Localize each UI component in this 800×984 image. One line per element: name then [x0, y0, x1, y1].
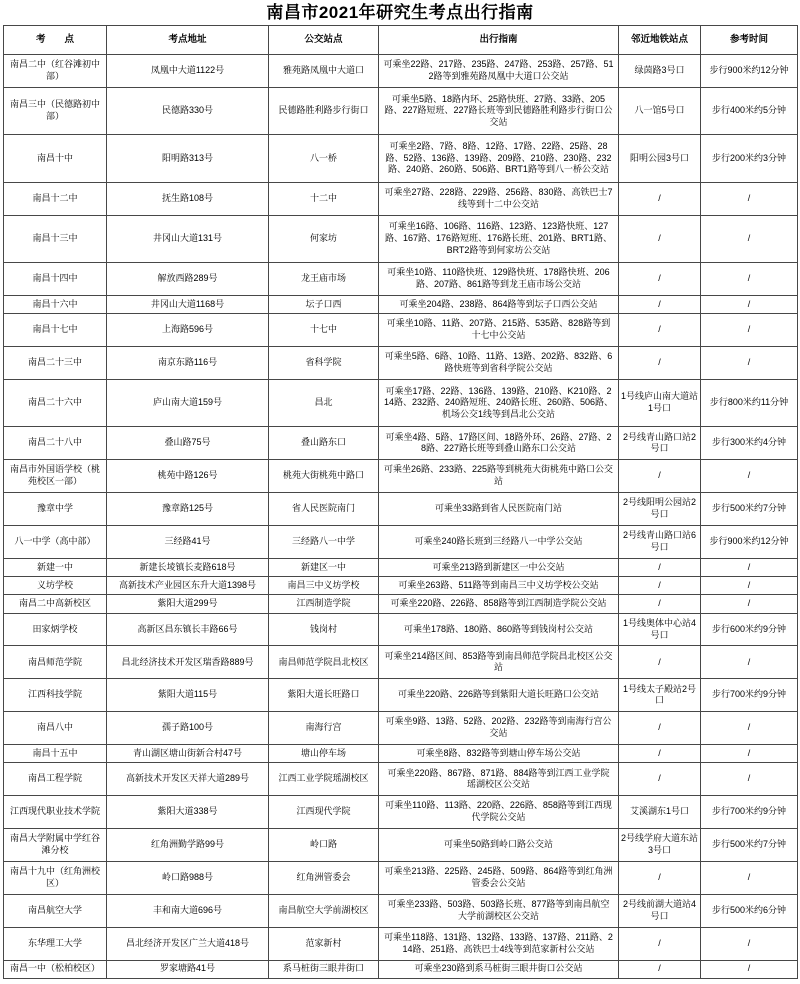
table-row: 南昌一中（松柏校区）罗家塘路41号系马桩街三眼井街口可乘坐230路到系马桩街三眼…: [4, 960, 798, 979]
guide-cell: 可乘坐230路到系马桩街三眼井街口公交站: [379, 960, 619, 979]
exam-sites-table: 考 点 考点地址 公交站点 出行指南 邻近地铁站点 参考时间 南昌二中（红谷滩初…: [3, 25, 798, 979]
metro-cell: /: [619, 460, 701, 493]
bus-stop-cell: 塘山停车场: [269, 745, 379, 763]
table-row: 南昌八中孺子路100号南海行宫可乘坐9路、13路、52路、202路、232路等到…: [4, 712, 798, 745]
address-cell: 阳明路313号: [107, 135, 269, 182]
guide-cell: 可乘坐10路、11路、207路、215路、535路、828路等到十七中公交站: [379, 314, 619, 347]
bus-stop-cell: 南昌航空大学前湖校区: [269, 894, 379, 927]
address-cell: 紫阳大道338号: [107, 796, 269, 829]
table-row: 南昌二十三中南京东路116号省科学院可乘坐5路、6路、10路、11路、13路、2…: [4, 347, 798, 380]
time-cell: 步行900米约12分钟: [701, 525, 798, 558]
address-cell: 青山湖区塘山街新合村47号: [107, 745, 269, 763]
site-cell: 南昌二中（红谷滩初中部）: [4, 55, 107, 88]
site-cell: 南昌三中（民德路初中部）: [4, 87, 107, 134]
column-header-site: 考 点: [4, 26, 107, 55]
address-cell: 三经路41号: [107, 525, 269, 558]
site-cell: 义坊学校: [4, 577, 107, 595]
metro-cell: 2号线青山路口站2号口: [619, 427, 701, 460]
table-row: 南昌工程学院高新技术开发区天祥大道289号江西工业学院瑶湖校区可乘坐220路、8…: [4, 763, 798, 796]
bus-stop-cell: 龙王庙市场: [269, 262, 379, 295]
guide-cell: 可乘坐26路、233路、225路等到桃苑大街桃苑中路口公交站: [379, 460, 619, 493]
address-cell: 昌北经济技术开发区瑞香路889号: [107, 646, 269, 679]
guide-cell: 可乘坐213路到新建区一中公交站: [379, 558, 619, 576]
guide-cell: 可乘坐110路、113路、220路、226路、858路等到江西现代学院公交站: [379, 796, 619, 829]
time-cell: 步行300米约4分钟: [701, 427, 798, 460]
guide-cell: 可乘坐5路、6路、10路、11路、13路、202路、832路、6路快班等到省科学…: [379, 347, 619, 380]
table-row: 南昌十四中解放西路289号龙王庙市场可乘坐10路、110路快班、129路快班、1…: [4, 262, 798, 295]
site-cell: 南昌十二中: [4, 182, 107, 215]
table-row: 江西科技学院紫阳大道115号紫阳大道长旺路口可乘坐220路、226路等到紫阳大道…: [4, 679, 798, 712]
metro-cell: /: [619, 347, 701, 380]
column-header-guide: 出行指南: [379, 26, 619, 55]
table-row: 南昌十中阳明路313号八一桥可乘坐2路、7路、8路、12路、17路、22路、25…: [4, 135, 798, 182]
metro-cell: 2号线阳明公园站2号口: [619, 493, 701, 526]
table-row: 南昌市外国语学校（桃苑校区一部）桃苑中路126号桃苑大街桃苑中路口可乘坐26路、…: [4, 460, 798, 493]
address-cell: 紫阳大道115号: [107, 679, 269, 712]
column-header-address: 考点地址: [107, 26, 269, 55]
bus-stop-cell: 钱岗村: [269, 613, 379, 646]
header-row: 考 点 考点地址 公交站点 出行指南 邻近地铁站点 参考时间: [4, 26, 798, 55]
metro-cell: /: [619, 960, 701, 979]
guide-cell: 可乘坐9路、13路、52路、202路、232路等到南海行宫公交站: [379, 712, 619, 745]
time-cell: /: [701, 347, 798, 380]
time-cell: /: [701, 861, 798, 894]
metro-cell: 阳明公园3号口: [619, 135, 701, 182]
site-cell: 江西现代职业技术学院: [4, 796, 107, 829]
site-cell: 东华理工大学: [4, 927, 107, 960]
metro-cell: 2号线前湖大道站4号口: [619, 894, 701, 927]
bus-stop-cell: 八一桥: [269, 135, 379, 182]
site-cell: 南昌二十三中: [4, 347, 107, 380]
guide-cell: 可乘坐118路、131路、132路、133路、137路、211路、214路、25…: [379, 927, 619, 960]
site-cell: 南昌八中: [4, 712, 107, 745]
site-cell: 南昌工程学院: [4, 763, 107, 796]
address-cell: 上海路596号: [107, 314, 269, 347]
time-cell: /: [701, 646, 798, 679]
address-cell: 桃苑中路126号: [107, 460, 269, 493]
bus-stop-cell: 省科学院: [269, 347, 379, 380]
address-cell: 罗家塘路41号: [107, 960, 269, 979]
time-cell: 步行500米约6分钟: [701, 894, 798, 927]
metro-cell: 1号线庐山南大道站1号口: [619, 379, 701, 426]
metro-cell: /: [619, 861, 701, 894]
guide-cell: 可乘坐17路、22路、136路、139路、210路、K210路、214路、232…: [379, 379, 619, 426]
time-cell: /: [701, 577, 798, 595]
table-row: 南昌师范学院昌北经济技术开发区瑞香路889号南昌师范学院昌北校区可乘坐214路区…: [4, 646, 798, 679]
guide-cell: 可乘坐263路、511路等到南昌三中义坊学校公交站: [379, 577, 619, 595]
table-row: 南昌十九中（红角洲校区）岭口路988号红角洲管委会可乘坐213路、225路、24…: [4, 861, 798, 894]
guide-cell: 可乘坐50路到岭口路公交站: [379, 829, 619, 862]
metro-cell: 2号线青山路口站6号口: [619, 525, 701, 558]
address-cell: 豫章路125号: [107, 493, 269, 526]
guide-cell: 可乘坐27路、228路、229路、256路、830路、高铁巴士7线等到十二中公交…: [379, 182, 619, 215]
address-cell: 叠山路75号: [107, 427, 269, 460]
table-row: 南昌大学附属中学红谷滩分校红角洲勤学路99号岭口路可乘坐50路到岭口路公交站2号…: [4, 829, 798, 862]
site-cell: 南昌十三中: [4, 215, 107, 262]
table-row: 新建一中新建长堎镇长麦路618号新建区一中可乘坐213路到新建区一中公交站//: [4, 558, 798, 576]
guide-cell: 可乘坐178路、180路、860路等到钱岗村公交站: [379, 613, 619, 646]
bus-stop-cell: 坛子口西: [269, 295, 379, 313]
guide-cell: 可乘坐240路长班到三经路八一中学公交站: [379, 525, 619, 558]
time-cell: 步行600米约9分钟: [701, 613, 798, 646]
time-cell: /: [701, 712, 798, 745]
guide-cell: 可乘坐2路、7路、8路、12路、17路、22路、25路、28路、52路、136路…: [379, 135, 619, 182]
bus-stop-cell: 系马桩街三眼井街口: [269, 960, 379, 979]
table-row: 南昌十六中井冈山大道1168号坛子口西可乘坐204路、238路、864路等到坛子…: [4, 295, 798, 313]
metro-cell: /: [619, 558, 701, 576]
site-cell: 南昌二中高新校区: [4, 595, 107, 613]
time-cell: /: [701, 763, 798, 796]
metro-cell: 绿茵路3号口: [619, 55, 701, 88]
column-header-bus-stop: 公交站点: [269, 26, 379, 55]
guide-cell: 可乘坐5路、18路内环、25路快班、27路、33路、205路、227路短班、22…: [379, 87, 619, 134]
bus-stop-cell: 十二中: [269, 182, 379, 215]
column-header-time: 参考时间: [701, 26, 798, 55]
table-row: 八一中学（高中部）三经路41号三经路八一中学可乘坐240路长班到三经路八一中学公…: [4, 525, 798, 558]
address-cell: 民德路330号: [107, 87, 269, 134]
site-cell: 南昌二十六中: [4, 379, 107, 426]
site-cell: 南昌一中（松柏校区）: [4, 960, 107, 979]
site-cell: 江西科技学院: [4, 679, 107, 712]
time-cell: 步行900米约12分钟: [701, 55, 798, 88]
time-cell: /: [701, 182, 798, 215]
bus-stop-cell: 民德路胜利路步行街口: [269, 87, 379, 134]
metro-cell: /: [619, 745, 701, 763]
metro-cell: /: [619, 712, 701, 745]
bus-stop-cell: 紫阳大道长旺路口: [269, 679, 379, 712]
bus-stop-cell: 十七中: [269, 314, 379, 347]
bus-stop-cell: 何家坊: [269, 215, 379, 262]
site-cell: 南昌航空大学: [4, 894, 107, 927]
table-row: 田家炳学校高新区昌东镇长丰路66号钱岗村可乘坐178路、180路、860路等到钱…: [4, 613, 798, 646]
address-cell: 昌北经济开发区广兰大道418号: [107, 927, 269, 960]
site-cell: 八一中学（高中部）: [4, 525, 107, 558]
time-cell: /: [701, 558, 798, 576]
table-row: 南昌航空大学丰和南大道696号南昌航空大学前湖校区可乘坐233路、503路、50…: [4, 894, 798, 927]
address-cell: 紫阳大道299号: [107, 595, 269, 613]
address-cell: 庐山南大道159号: [107, 379, 269, 426]
time-cell: /: [701, 960, 798, 979]
table-row: 南昌二中（红谷滩初中部）凤凰中大道1122号雅苑路凤凰中大道口可乘坐22路、21…: [4, 55, 798, 88]
bus-stop-cell: 江西工业学院瑶湖校区: [269, 763, 379, 796]
table-row: 南昌二中高新校区紫阳大道299号江西制造学院可乘坐220路、226路、858路等…: [4, 595, 798, 613]
guide-cell: 可乘坐10路、110路快班、129路快班、178路快班、206路、207路、86…: [379, 262, 619, 295]
address-cell: 高新技术产业园区东升大道1398号: [107, 577, 269, 595]
time-cell: /: [701, 595, 798, 613]
time-cell: /: [701, 745, 798, 763]
site-cell: 田家炳学校: [4, 613, 107, 646]
site-cell: 南昌市外国语学校（桃苑校区一部）: [4, 460, 107, 493]
bus-stop-cell: 新建区一中: [269, 558, 379, 576]
metro-cell: /: [619, 295, 701, 313]
time-cell: /: [701, 262, 798, 295]
site-cell: 南昌十五中: [4, 745, 107, 763]
bus-stop-cell: 南海行宫: [269, 712, 379, 745]
address-cell: 解放西路289号: [107, 262, 269, 295]
address-cell: 高新技术开发区天祥大道289号: [107, 763, 269, 796]
time-cell: 步行700米约9分钟: [701, 679, 798, 712]
guide-cell: 可乘坐220路、867路、871路、884路等到江西工业学院瑶湖校区公交站: [379, 763, 619, 796]
guide-cell: 可乘坐213路、225路、245路、509路、864路等到红角洲管委会公交站: [379, 861, 619, 894]
site-cell: 南昌十九中（红角洲校区）: [4, 861, 107, 894]
bus-stop-cell: 南昌三中义坊学校: [269, 577, 379, 595]
address-cell: 红角洲勤学路99号: [107, 829, 269, 862]
address-cell: 抚生路108号: [107, 182, 269, 215]
address-cell: 孺子路100号: [107, 712, 269, 745]
table-row: 南昌二十八中叠山路75号叠山路东口可乘坐4路、5路、17路区间、18路外环、26…: [4, 427, 798, 460]
table-header: 考 点 考点地址 公交站点 出行指南 邻近地铁站点 参考时间: [4, 26, 798, 55]
metro-cell: /: [619, 182, 701, 215]
address-cell: 高新区昌东镇长丰路66号: [107, 613, 269, 646]
bus-stop-cell: 雅苑路凤凰中大道口: [269, 55, 379, 88]
metro-cell: /: [619, 314, 701, 347]
time-cell: 步行200米约3分钟: [701, 135, 798, 182]
site-cell: 南昌十六中: [4, 295, 107, 313]
site-cell: 南昌二十八中: [4, 427, 107, 460]
bus-stop-cell: 省人民医院南门: [269, 493, 379, 526]
table-row: 南昌十五中青山湖区塘山街新合村47号塘山停车场可乘坐8路、832路等到塘山停车场…: [4, 745, 798, 763]
site-cell: 豫章中学: [4, 493, 107, 526]
site-cell: 南昌师范学院: [4, 646, 107, 679]
page: 南昌市2021年研究生考点出行指南 考 点 考点地址 公交站点 出行指南 邻近地…: [0, 0, 800, 984]
site-cell: 南昌十四中: [4, 262, 107, 295]
site-cell: 新建一中: [4, 558, 107, 576]
time-cell: /: [701, 295, 798, 313]
column-header-metro: 邻近地铁站点: [619, 26, 701, 55]
time-cell: /: [701, 314, 798, 347]
metro-cell: 2号线学府大道东站3号口: [619, 829, 701, 862]
address-cell: 凤凰中大道1122号: [107, 55, 269, 88]
table-row: 豫章中学豫章路125号省人民医院南门可乘坐33路到省人民医院南门站2号线阳明公园…: [4, 493, 798, 526]
table-row: 东华理工大学昌北经济开发区广兰大道418号范家新村可乘坐118路、131路、13…: [4, 927, 798, 960]
guide-cell: 可乘坐220路、226路等到紫阳大道长旺路口公交站: [379, 679, 619, 712]
bus-stop-cell: 范家新村: [269, 927, 379, 960]
guide-cell: 可乘坐33路到省人民医院南门站: [379, 493, 619, 526]
guide-cell: 可乘坐4路、5路、17路区间、18路外环、26路、27路、28路、227路长班等…: [379, 427, 619, 460]
time-cell: 步行400米约5分钟: [701, 87, 798, 134]
guide-cell: 可乘坐220路、226路、858路等到江西制造学院公交站: [379, 595, 619, 613]
bus-stop-cell: 南昌师范学院昌北校区: [269, 646, 379, 679]
page-title: 南昌市2021年研究生考点出行指南: [3, 1, 797, 25]
guide-cell: 可乘坐22路、217路、235路、247路、253路、257路、512路等到雅苑…: [379, 55, 619, 88]
guide-cell: 可乘坐16路、106路、116路、123路、123路快班、127路、167路、1…: [379, 215, 619, 262]
bus-stop-cell: 江西现代学院: [269, 796, 379, 829]
address-cell: 井冈山大道1168号: [107, 295, 269, 313]
site-cell: 南昌十中: [4, 135, 107, 182]
guide-cell: 可乘坐8路、832路等到塘山停车场公交站: [379, 745, 619, 763]
site-cell: 南昌十七中: [4, 314, 107, 347]
metro-cell: /: [619, 262, 701, 295]
bus-stop-cell: 红角洲管委会: [269, 861, 379, 894]
bus-stop-cell: 三经路八一中学: [269, 525, 379, 558]
bus-stop-cell: 岭口路: [269, 829, 379, 862]
bus-stop-cell: 桃苑大街桃苑中路口: [269, 460, 379, 493]
time-cell: 步行500米约7分钟: [701, 493, 798, 526]
table-row: 义坊学校高新技术产业园区东升大道1398号南昌三中义坊学校可乘坐263路、511…: [4, 577, 798, 595]
table-row: 南昌三中（民德路初中部）民德路330号民德路胜利路步行街口可乘坐5路、18路内环…: [4, 87, 798, 134]
metro-cell: 艾溪湖东1号口: [619, 796, 701, 829]
metro-cell: /: [619, 595, 701, 613]
time-cell: 步行700米约9分钟: [701, 796, 798, 829]
metro-cell: 1号线太子殿站2号口: [619, 679, 701, 712]
table-row: 南昌十二中抚生路108号十二中可乘坐27路、228路、229路、256路、830…: [4, 182, 798, 215]
table-body: 南昌二中（红谷滩初中部）凤凰中大道1122号雅苑路凤凰中大道口可乘坐22路、21…: [4, 55, 798, 979]
site-cell: 南昌大学附属中学红谷滩分校: [4, 829, 107, 862]
metro-cell: /: [619, 927, 701, 960]
metro-cell: 1号线奥体中心站4号口: [619, 613, 701, 646]
address-cell: 南京东路116号: [107, 347, 269, 380]
guide-cell: 可乘坐214路区间、853路等到南昌师范学院昌北校区公交站: [379, 646, 619, 679]
guide-cell: 可乘坐233路、503路、503路长班、877路等到南昌航空大学前湖校区公交站: [379, 894, 619, 927]
bus-stop-cell: 昌北: [269, 379, 379, 426]
metro-cell: /: [619, 215, 701, 262]
metro-cell: /: [619, 763, 701, 796]
table-row: 南昌十七中上海路596号十七中可乘坐10路、11路、207路、215路、535路…: [4, 314, 798, 347]
time-cell: /: [701, 215, 798, 262]
table-row: 江西现代职业技术学院紫阳大道338号江西现代学院可乘坐110路、113路、220…: [4, 796, 798, 829]
time-cell: /: [701, 927, 798, 960]
bus-stop-cell: 叠山路东口: [269, 427, 379, 460]
address-cell: 丰和南大道696号: [107, 894, 269, 927]
address-cell: 新建长堎镇长麦路618号: [107, 558, 269, 576]
time-cell: 步行800米约11分钟: [701, 379, 798, 426]
address-cell: 井冈山大道131号: [107, 215, 269, 262]
metro-cell: 八一馆5号口: [619, 87, 701, 134]
metro-cell: /: [619, 577, 701, 595]
time-cell: 步行500米约7分钟: [701, 829, 798, 862]
time-cell: /: [701, 460, 798, 493]
table-row: 南昌十三中井冈山大道131号何家坊可乘坐16路、106路、116路、123路、1…: [4, 215, 798, 262]
table-row: 南昌二十六中庐山南大道159号昌北可乘坐17路、22路、136路、139路、21…: [4, 379, 798, 426]
address-cell: 岭口路988号: [107, 861, 269, 894]
metro-cell: /: [619, 646, 701, 679]
bus-stop-cell: 江西制造学院: [269, 595, 379, 613]
guide-cell: 可乘坐204路、238路、864路等到坛子口西公交站: [379, 295, 619, 313]
